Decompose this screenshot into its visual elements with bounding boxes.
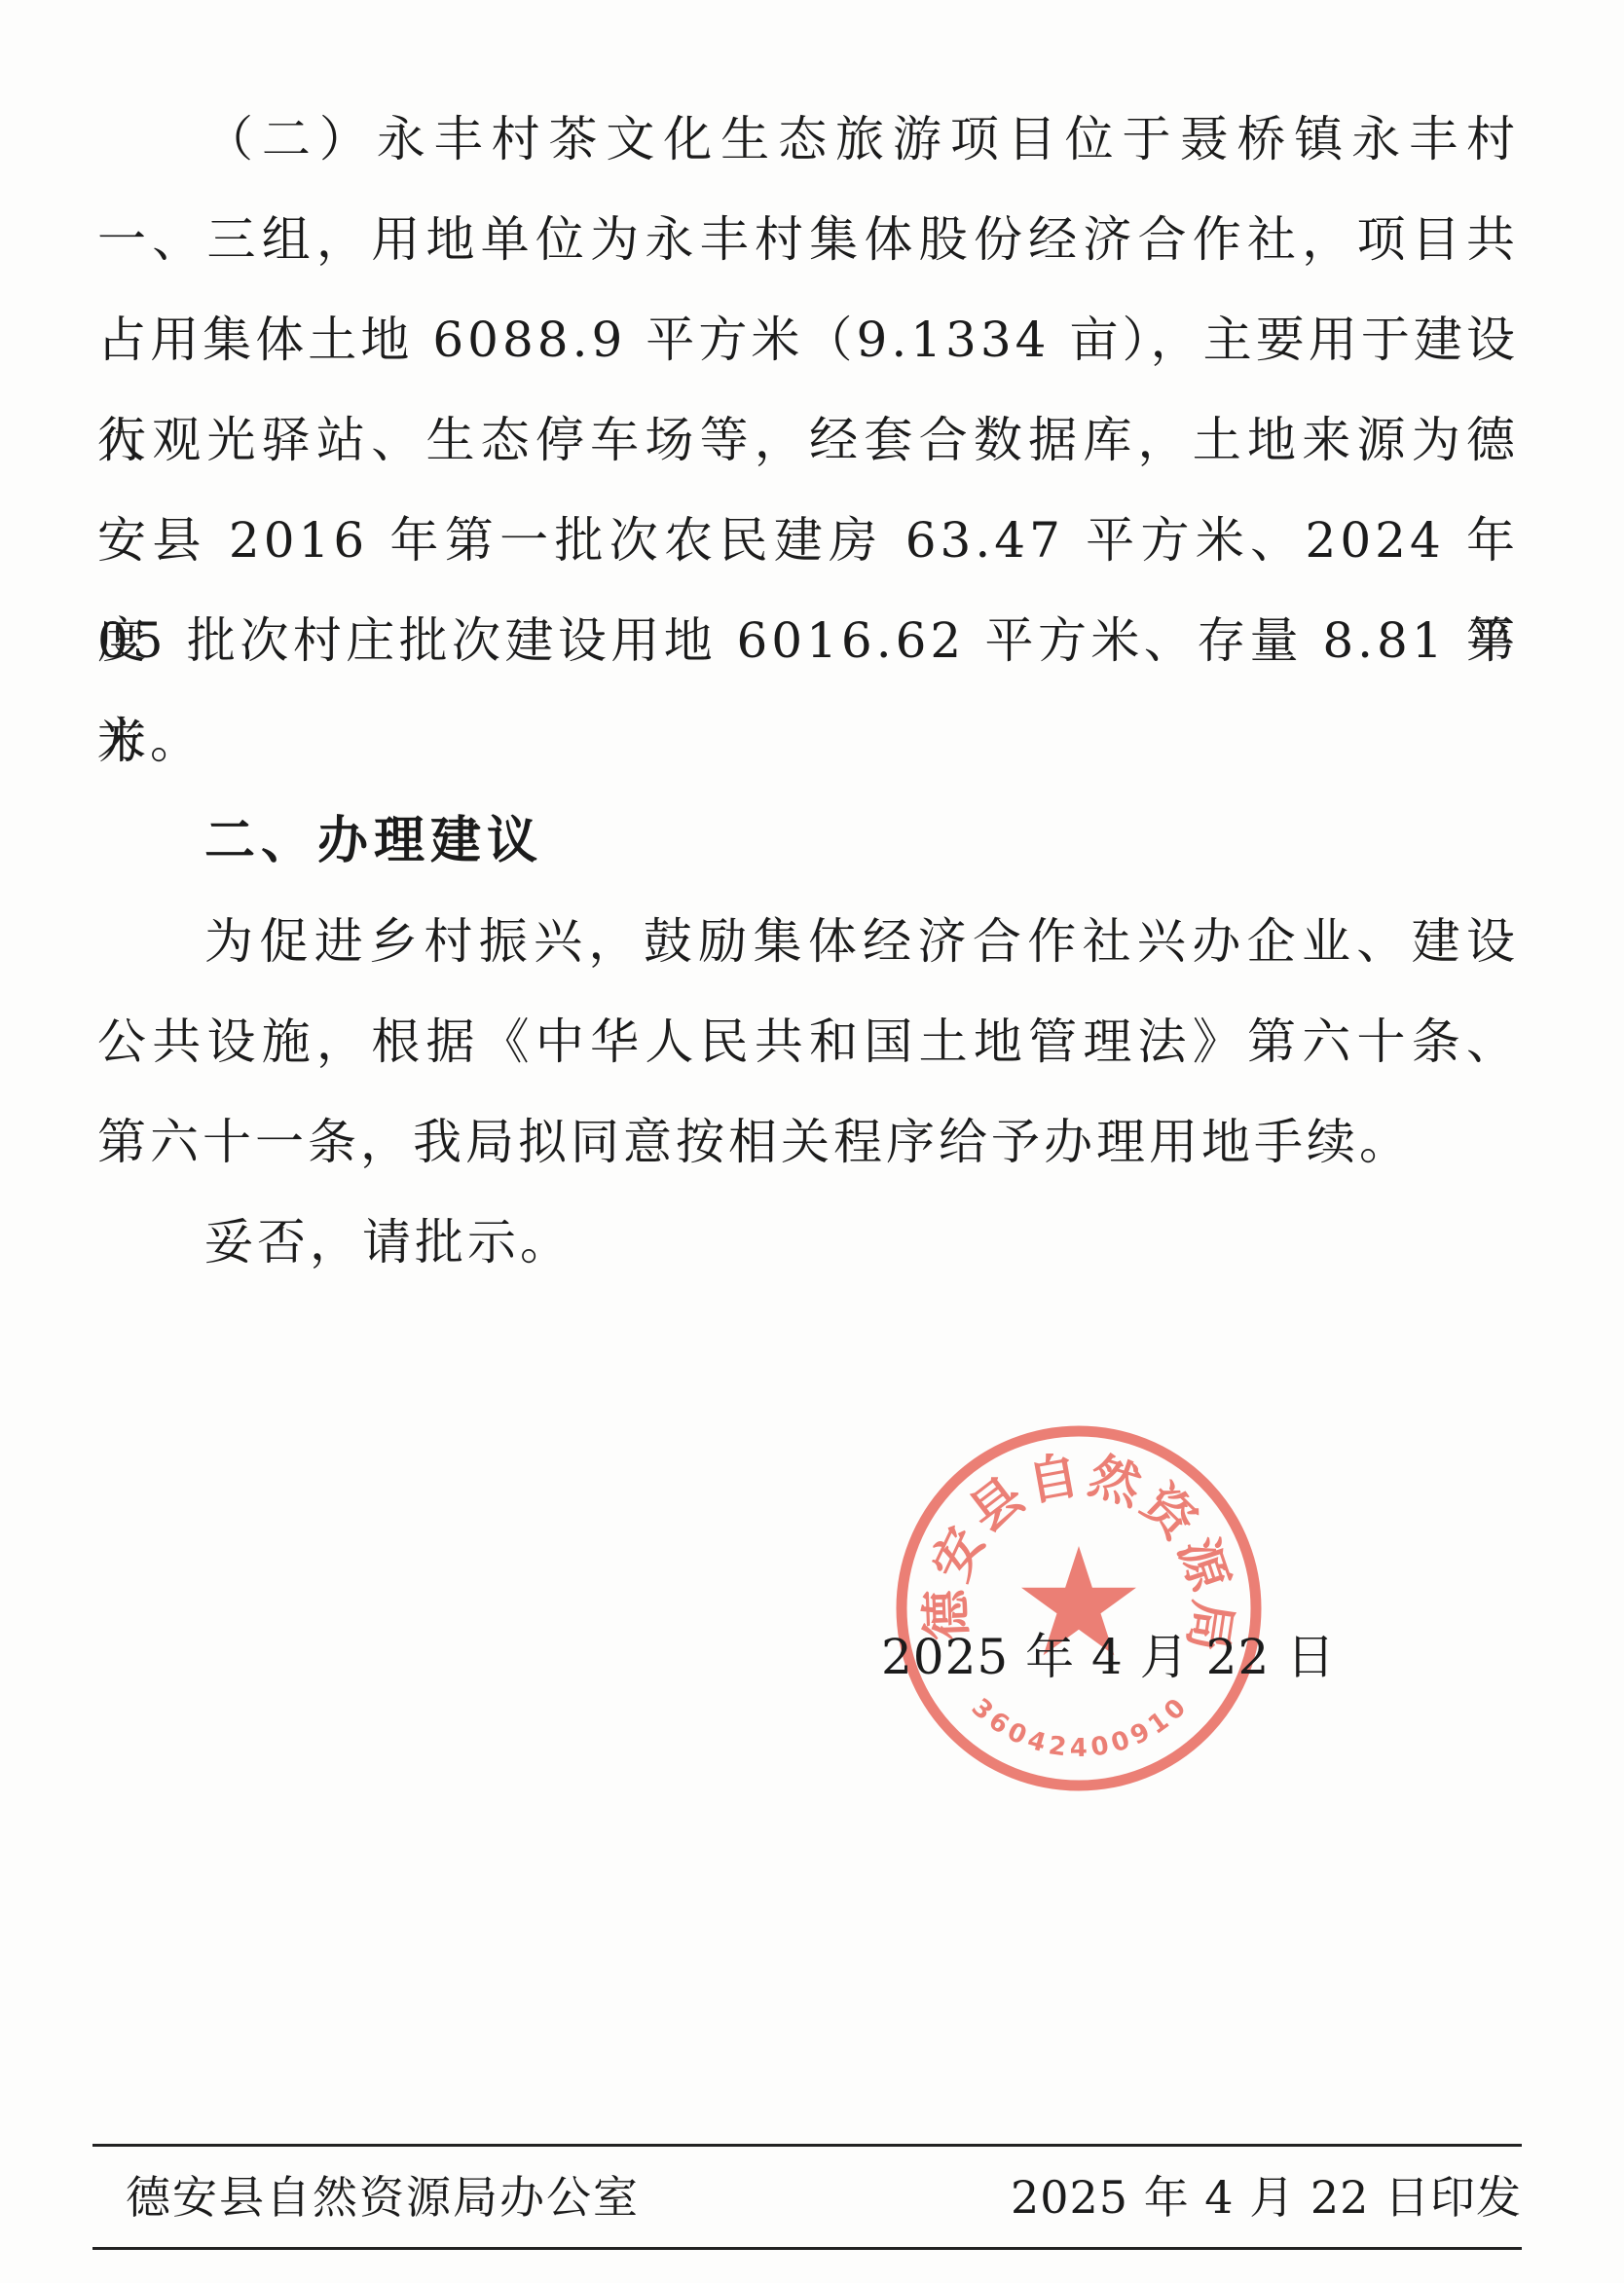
footer-issue-date: 2025 年 4 月 22 日印发 — [1011, 2173, 1522, 2222]
body-line: 占用集体土地 6088.9 平方米（9.1334 亩），主要用于建设行 — [97, 290, 1519, 390]
body-line: 一、三组，用地单位为永丰村集体股份经济合作社，项目共 — [97, 190, 1519, 290]
body-line: 公共设施，根据《中华人民共和国土地管理法》第六十条、 — [97, 992, 1519, 1092]
body-line: 米。 — [97, 691, 1519, 792]
footer-office: 德安县自然资源局办公室 — [126, 2173, 640, 2222]
closing-line: 妥否，请批示。 — [97, 1193, 1519, 1293]
body-line: 人观光驿站、生态停车场等，经套合数据库，土地来源为德 — [97, 390, 1519, 491]
body-line: （二）永丰村茶文化生态旅游项目位于聂桥镇永丰村 — [97, 90, 1519, 190]
document-date: 2025 年 4 月 22 日 — [881, 1618, 1336, 1688]
document-body: （二）永丰村茶文化生态旅游项目位于聂桥镇永丰村 一、三组，用地单位为永丰村集体股… — [97, 90, 1519, 1293]
footer-rule-top — [92, 2144, 1522, 2147]
footer-rule-bottom — [92, 2247, 1522, 2250]
body-line: 第六十一条，我局拟同意按相关程序给予办理用地手续。 — [97, 1092, 1519, 1193]
body-line: 为促进乡村振兴，鼓励集体经济合作社兴办企业、建设 — [97, 892, 1519, 992]
official-seal: 德安县自然资源局 3604240091056 — [874, 1404, 1287, 1817]
body-line: 05 批次村庄批次建设用地 6016.62 平方米、存量 8.81 平方 — [97, 591, 1519, 691]
section-heading: 二、办理建议 — [97, 792, 1519, 892]
document-page: （二）永丰村茶文化生态旅游项目位于聂桥镇永丰村 一、三组，用地单位为永丰村集体股… — [0, 0, 1624, 2283]
body-line: 安县 2016 年第一批次农民建房 63.47 平方米、2024 年度第 — [97, 491, 1519, 591]
